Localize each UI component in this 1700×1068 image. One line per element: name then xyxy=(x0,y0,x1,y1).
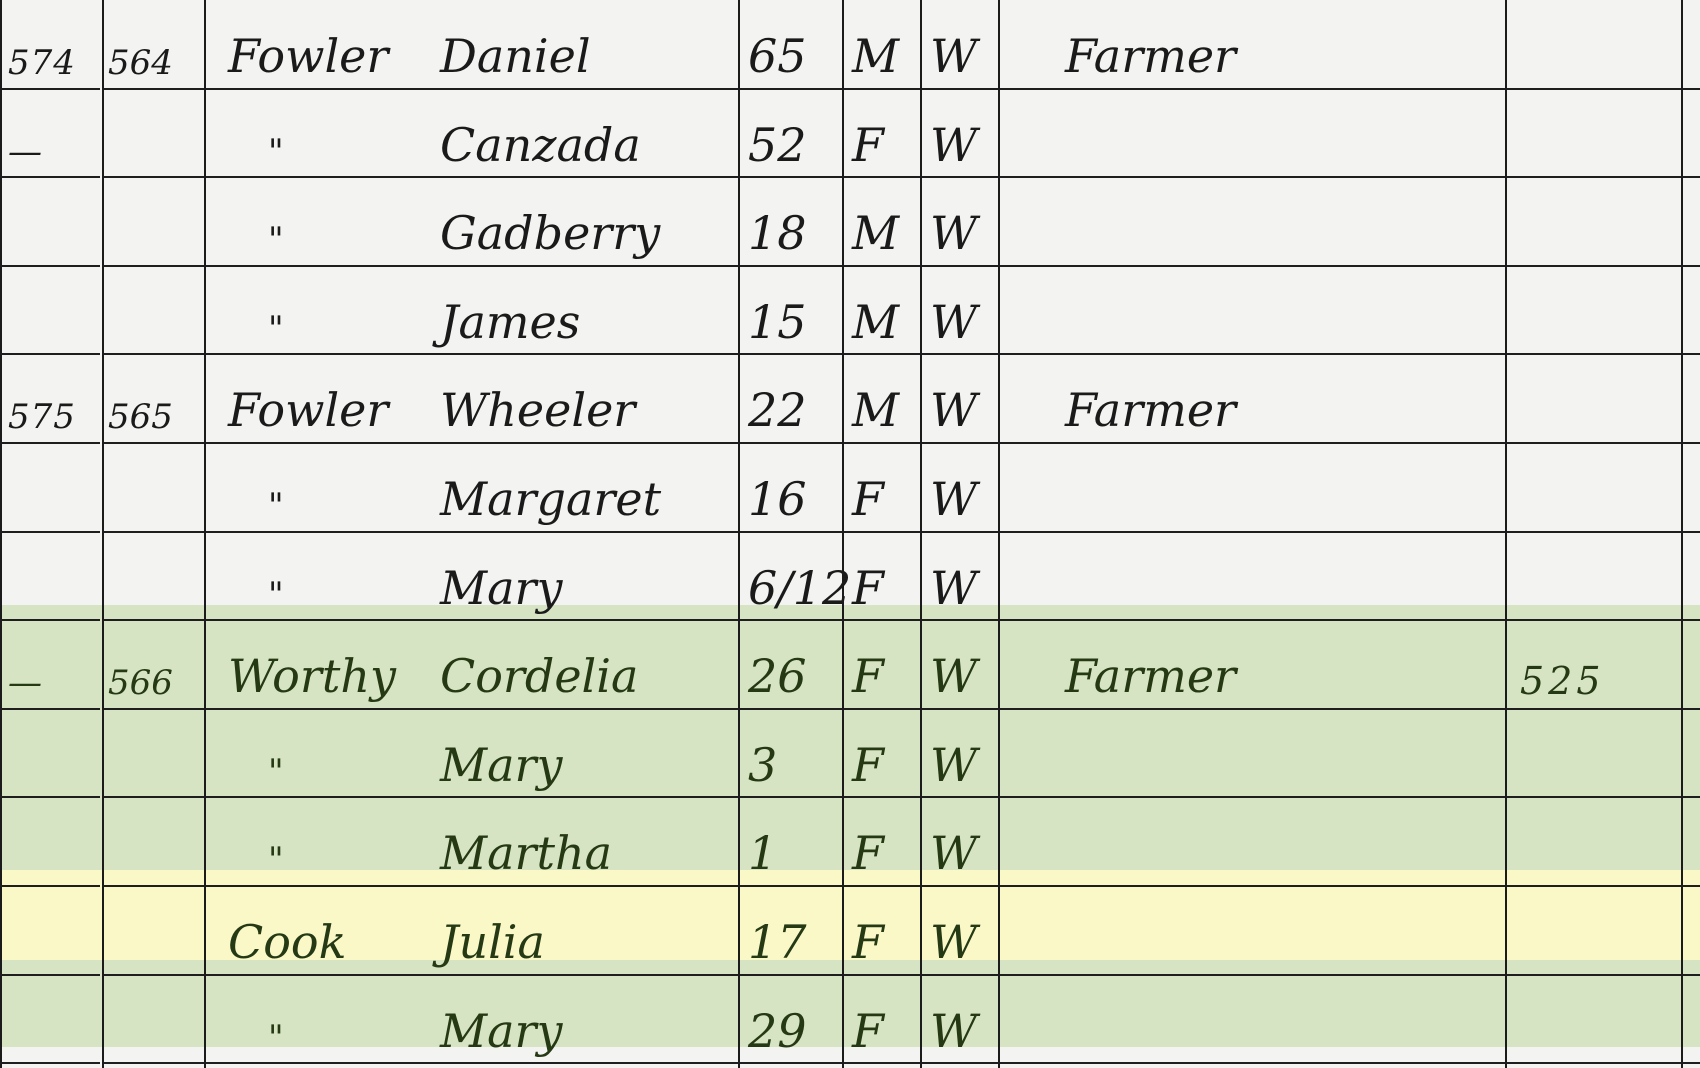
row-rule xyxy=(1683,353,1700,355)
color: W xyxy=(930,826,990,880)
sex: F xyxy=(852,649,912,703)
row-rule xyxy=(104,176,204,178)
color: W xyxy=(930,29,990,83)
color: W xyxy=(930,118,990,172)
row-rule xyxy=(104,531,204,533)
color: W xyxy=(930,206,990,260)
row-rule xyxy=(206,796,738,798)
color: W xyxy=(930,915,990,969)
row-rule xyxy=(1507,531,1681,533)
row-rule xyxy=(0,708,100,710)
row-rule xyxy=(844,88,920,90)
dwelling-number: 574 xyxy=(8,43,98,83)
surname: " xyxy=(268,220,284,260)
given-name: Mary xyxy=(440,1004,563,1058)
sex: F xyxy=(852,118,912,172)
census-row[interactable]: " Mary 29 F W xyxy=(0,975,1700,1064)
row-rule xyxy=(0,442,100,444)
row-rule xyxy=(0,353,100,355)
color: W xyxy=(930,649,990,703)
row-rule xyxy=(1683,974,1700,976)
row-rule xyxy=(1683,531,1700,533)
row-rule xyxy=(206,619,738,621)
census-row[interactable]: " Mary 3 F W xyxy=(0,709,1700,798)
row-rule xyxy=(740,1062,842,1064)
row-rule xyxy=(740,708,842,710)
age: 15 xyxy=(748,295,833,349)
sex: M xyxy=(852,295,912,349)
row-rule xyxy=(844,619,920,621)
surname: Fowler xyxy=(228,383,388,437)
row-rule xyxy=(206,531,738,533)
color: W xyxy=(930,472,990,526)
sex: F xyxy=(852,915,912,969)
surname: " xyxy=(268,840,284,880)
surname: Cook xyxy=(228,915,346,969)
row-rule xyxy=(922,442,998,444)
age: 22 xyxy=(748,383,833,437)
age: 6/12 xyxy=(748,561,833,615)
census-row[interactable]: " James 15 M W xyxy=(0,266,1700,355)
row-rule xyxy=(740,265,842,267)
row-rule xyxy=(0,974,100,976)
row-rule xyxy=(1000,1062,1505,1064)
census-row[interactable]: Cook Julia 17 F W xyxy=(0,886,1700,975)
row-rule xyxy=(922,265,998,267)
row-rule xyxy=(0,796,100,798)
row-rule xyxy=(1683,885,1700,887)
row-rule xyxy=(104,265,204,267)
census-row[interactable]: " Martha 1 F W xyxy=(0,797,1700,886)
sex: F xyxy=(852,561,912,615)
row-rule xyxy=(740,176,842,178)
age: 1 xyxy=(748,826,833,880)
age: 16 xyxy=(748,472,833,526)
row-rule xyxy=(206,885,738,887)
row-rule xyxy=(844,885,920,887)
row-rule xyxy=(104,1062,204,1064)
row-rule xyxy=(0,885,100,887)
row-rule xyxy=(1000,708,1505,710)
row-rule xyxy=(844,265,920,267)
row-rule xyxy=(844,974,920,976)
row-rule xyxy=(104,974,204,976)
row-rule xyxy=(0,88,100,90)
color: W xyxy=(930,1004,990,1058)
real-estate-value: 525 xyxy=(1520,659,1605,703)
age: 52 xyxy=(748,118,833,172)
row-rule xyxy=(206,974,738,976)
row-rule xyxy=(206,353,738,355)
surname: Fowler xyxy=(228,29,388,83)
row-rule xyxy=(1000,974,1505,976)
row-rule xyxy=(922,353,998,355)
row-rule xyxy=(844,796,920,798)
row-rule xyxy=(844,442,920,444)
given-name: Margaret xyxy=(440,472,661,526)
row-rule xyxy=(1507,88,1681,90)
row-rule xyxy=(104,619,204,621)
row-rule xyxy=(104,796,204,798)
surname: " xyxy=(268,752,284,792)
row-rule xyxy=(0,531,100,533)
row-rule xyxy=(104,442,204,444)
family-number: 566 xyxy=(108,663,200,703)
surname: " xyxy=(268,575,284,615)
row-rule xyxy=(1000,885,1505,887)
row-rule xyxy=(206,265,738,267)
row-rule xyxy=(1000,442,1505,444)
row-rule xyxy=(740,353,842,355)
age: 26 xyxy=(748,649,833,703)
row-rule xyxy=(844,353,920,355)
given-name: Julia xyxy=(440,915,545,969)
census-row[interactable]: " Margaret 16 F W xyxy=(0,443,1700,532)
row-rule xyxy=(1507,176,1681,178)
given-name: Gadberry xyxy=(440,206,660,260)
row-rule xyxy=(740,885,842,887)
age: 3 xyxy=(748,738,833,792)
row-rule xyxy=(1683,88,1700,90)
row-rule xyxy=(104,885,204,887)
row-rule xyxy=(1000,353,1505,355)
sex: M xyxy=(852,383,912,437)
given-name: Mary xyxy=(440,561,563,615)
given-name: Wheeler xyxy=(440,383,635,437)
age: 29 xyxy=(748,1004,833,1058)
sex: F xyxy=(852,826,912,880)
census-row[interactable]: " Gadberry 18 M W xyxy=(0,177,1700,266)
sex: F xyxy=(852,472,912,526)
occupation: Farmer xyxy=(1065,29,1236,83)
row-rule xyxy=(922,531,998,533)
row-rule xyxy=(1683,176,1700,178)
row-rule xyxy=(1507,1062,1681,1064)
row-rule xyxy=(1683,796,1700,798)
census-row[interactable]: " Mary 6/12 F W xyxy=(0,532,1700,621)
surname: " xyxy=(268,486,284,526)
row-rule xyxy=(1507,885,1681,887)
row-rule xyxy=(1507,353,1681,355)
row-rule xyxy=(740,619,842,621)
surname: " xyxy=(268,309,284,349)
row-rule xyxy=(1683,1062,1700,1064)
occupation: Farmer xyxy=(1065,649,1236,703)
row-rule xyxy=(206,88,738,90)
row-rule xyxy=(740,442,842,444)
row-rule xyxy=(206,176,738,178)
row-rule xyxy=(844,531,920,533)
row-rule xyxy=(1000,265,1505,267)
surname: " xyxy=(268,1018,284,1058)
family-number: 564 xyxy=(108,43,200,83)
row-rule xyxy=(206,1062,738,1064)
row-rule xyxy=(922,176,998,178)
age: 17 xyxy=(748,915,833,969)
row-rule xyxy=(922,619,998,621)
row-rule xyxy=(740,974,842,976)
row-rule xyxy=(1683,708,1700,710)
row-rule xyxy=(844,708,920,710)
row-rule xyxy=(922,708,998,710)
given-name: Canzada xyxy=(440,118,641,172)
age: 18 xyxy=(748,206,833,260)
row-rule xyxy=(844,1062,920,1064)
row-rule xyxy=(1507,796,1681,798)
dwelling-number: — xyxy=(8,663,98,703)
row-rule xyxy=(844,176,920,178)
row-rule xyxy=(1683,619,1700,621)
given-name: Martha xyxy=(440,826,612,880)
row-rule xyxy=(0,1062,100,1064)
row-rule xyxy=(922,1062,998,1064)
row-rule xyxy=(0,619,100,621)
given-name: Cordelia xyxy=(440,649,638,703)
color: W xyxy=(930,383,990,437)
row-rule xyxy=(1000,531,1505,533)
row-rule xyxy=(922,796,998,798)
sex: F xyxy=(852,1004,912,1058)
census-row[interactable]: — " Canzada 52 F W xyxy=(0,89,1700,178)
row-rule xyxy=(740,796,842,798)
row-rule xyxy=(1507,265,1681,267)
row-rule xyxy=(740,88,842,90)
row-rule xyxy=(1507,974,1681,976)
color: W xyxy=(930,561,990,615)
given-name: Mary xyxy=(440,738,563,792)
row-rule xyxy=(740,531,842,533)
row-rule xyxy=(922,885,998,887)
row-rule xyxy=(1000,88,1505,90)
color: W xyxy=(930,738,990,792)
family-number: 565 xyxy=(108,397,200,437)
surname: Worthy xyxy=(228,649,396,703)
age: 65 xyxy=(748,29,833,83)
row-rule xyxy=(1683,442,1700,444)
census-row[interactable]: 575 565 Fowler Wheeler 22 M W Farmer xyxy=(0,354,1700,443)
row-rule xyxy=(0,265,100,267)
row-rule xyxy=(922,88,998,90)
surname: " xyxy=(268,132,284,172)
dwelling-number: 575 xyxy=(8,397,98,437)
census-row[interactable]: — 566 Worthy Cordelia 26 F W Farmer 525 xyxy=(0,620,1700,709)
row-rule xyxy=(104,708,204,710)
sex: M xyxy=(852,29,912,83)
row-rule xyxy=(206,442,738,444)
row-rule xyxy=(1507,708,1681,710)
color: W xyxy=(930,295,990,349)
census-page: 574 564 Fowler Daniel 65 M W Farmer — " … xyxy=(0,0,1700,1068)
row-rule xyxy=(922,974,998,976)
row-rule xyxy=(0,176,100,178)
row-rule xyxy=(1000,619,1505,621)
row-rule xyxy=(1683,265,1700,267)
sex: M xyxy=(852,206,912,260)
row-rule xyxy=(1000,176,1505,178)
occupation: Farmer xyxy=(1065,383,1236,437)
row-rule xyxy=(104,353,204,355)
sex: F xyxy=(852,738,912,792)
row-rule xyxy=(206,708,738,710)
row-rule xyxy=(1507,619,1681,621)
row-rule xyxy=(104,88,204,90)
dwelling-number: — xyxy=(8,132,98,172)
row-rule xyxy=(1507,442,1681,444)
given-name: James xyxy=(440,295,580,349)
given-name: Daniel xyxy=(440,29,591,83)
row-rule xyxy=(1000,796,1505,798)
census-row[interactable]: 574 564 Fowler Daniel 65 M W Farmer xyxy=(0,0,1700,89)
